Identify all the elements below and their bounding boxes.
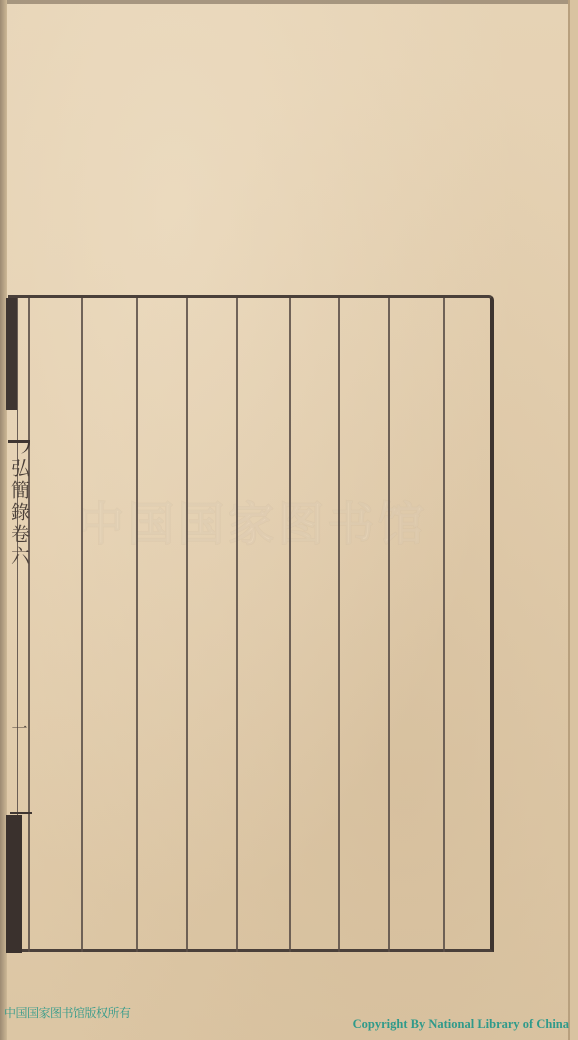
column-rule-line: [338, 298, 340, 952]
book-title-in-margin: 弘簡錄卷六: [8, 458, 30, 568]
black-mouth-bottom: [6, 815, 22, 953]
column-rule-line: [443, 298, 445, 952]
column-rule-line: [236, 298, 238, 952]
column-rule-line: [186, 298, 188, 952]
fish-tail-bottom-mark: [10, 812, 32, 814]
page-right-strip: [570, 0, 578, 1040]
copyright-chinese: 中国国家图书馆版权所有: [4, 1004, 131, 1021]
book-page: 中国国家图书馆 弘簡錄卷六 一 中国国家图书馆版权所有 Copyright By…: [0, 0, 578, 1040]
column-rule-line: [136, 298, 138, 952]
column-rule-line: [289, 298, 291, 952]
column-rule-line: [388, 298, 390, 952]
column-rule-line: [28, 298, 30, 952]
column-rule-line: [81, 298, 83, 952]
copyright-english: Copyright By National Library of China: [353, 1017, 569, 1032]
page-top-edge: [0, 0, 578, 4]
page-number: 一: [8, 720, 30, 736]
